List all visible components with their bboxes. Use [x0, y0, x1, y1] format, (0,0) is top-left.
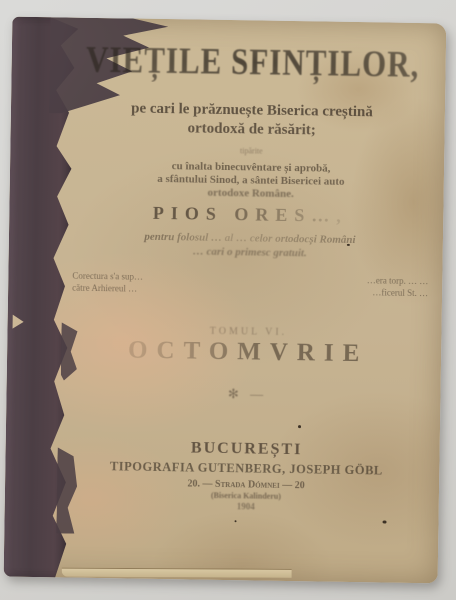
small-word-tiparite: tipărite	[68, 144, 434, 159]
note-right-column: …era torp. … … …ficerul St. …	[256, 272, 432, 299]
month-title: OCTOMVRIE	[65, 335, 431, 369]
ink-speck	[298, 425, 301, 428]
ink-speck	[235, 520, 237, 522]
note-left-line-2: către Arhiereul …	[72, 282, 244, 297]
spine-notch	[13, 315, 24, 329]
editorial-notes: Corectura s'a sup… către Arhiereul … …er…	[66, 270, 432, 300]
page-block-edge	[62, 568, 292, 578]
subtitle-line-2: ortodoxă de răsărit;	[69, 119, 435, 142]
note-left-column: Corectura s'a sup… către Arhiereul …	[66, 270, 244, 297]
dedication-line: PIOS ORES…,	[67, 202, 433, 229]
photo-of-antique-book: VIEȚILE SFINȚILOR, pe cari le prăznuește…	[0, 0, 456, 600]
book-title: VIEȚILE SFINȚILOR,	[69, 38, 436, 86]
book-cover: VIEȚILE SFINȚILOR, pe cari le prăznuește…	[4, 17, 447, 584]
ink-speck	[383, 521, 387, 524]
publisher-city: BUCUREȘTI	[64, 437, 430, 461]
printer-ornament-icon: ✻ —	[64, 383, 430, 405]
publisher-printer: TIPOGRAFIA GUTENBERG, JOSEPH GÖBL	[63, 458, 429, 479]
note-right-line-2: …ficerul St. …	[256, 284, 428, 299]
